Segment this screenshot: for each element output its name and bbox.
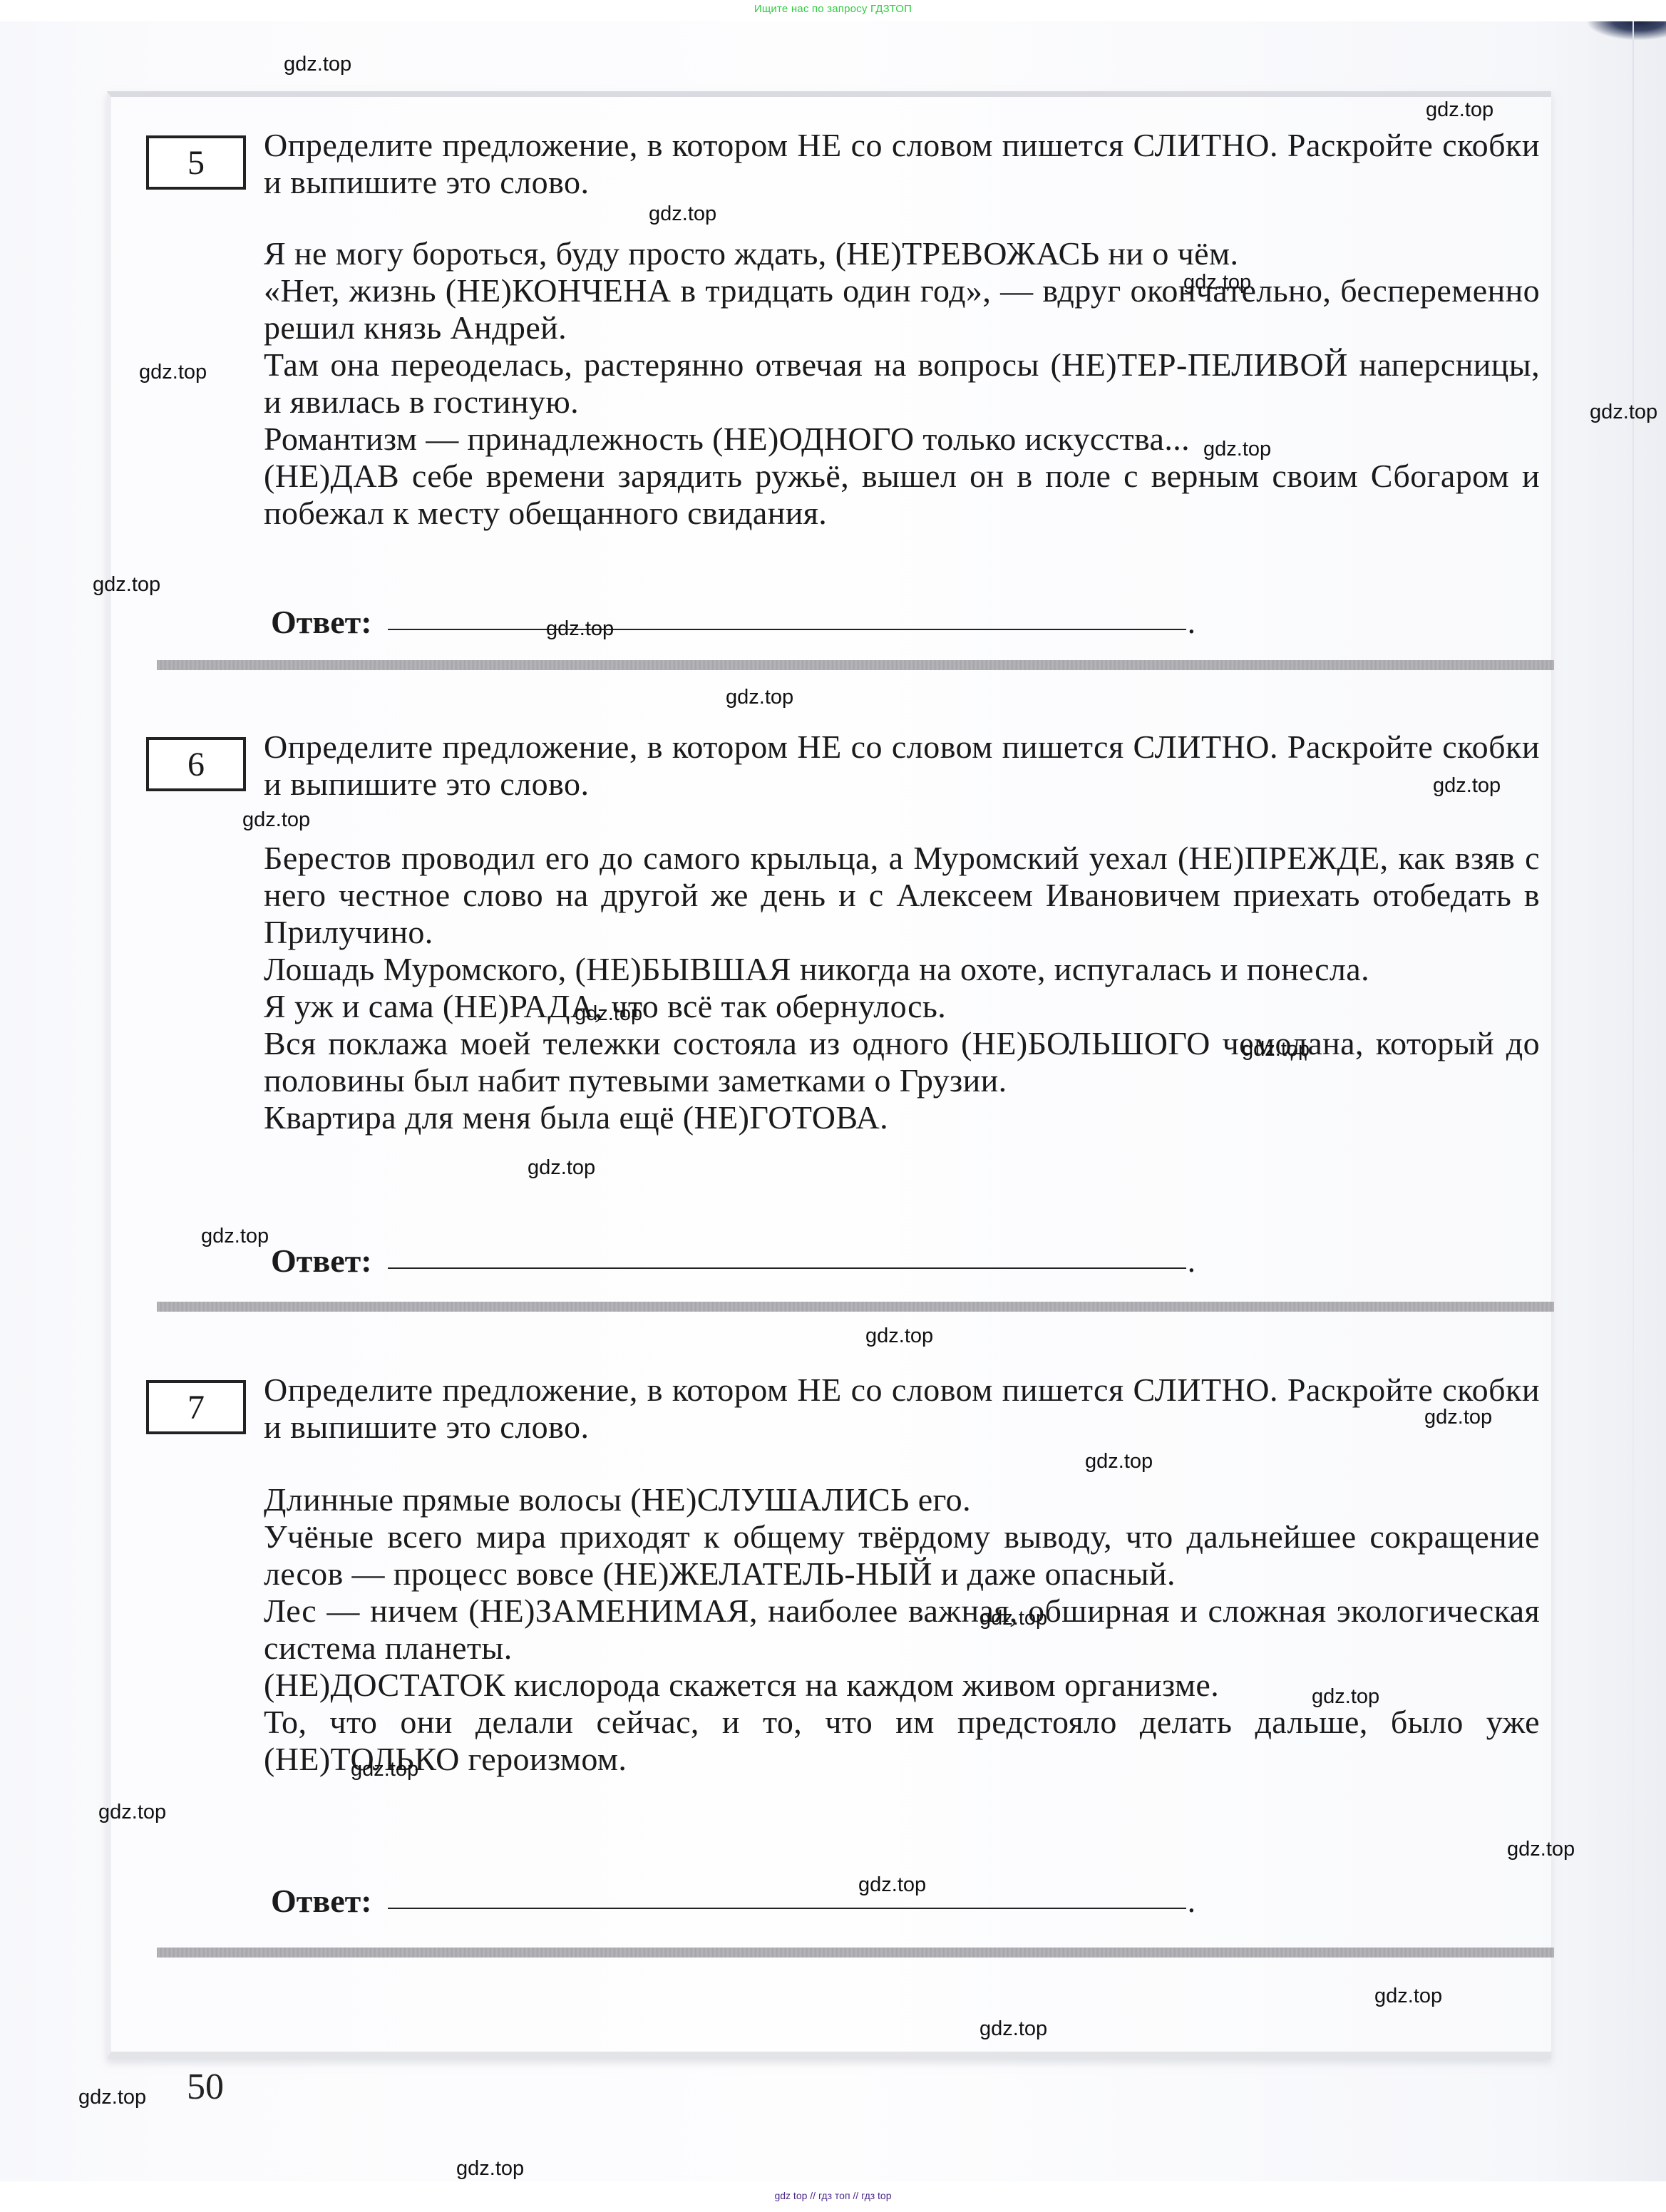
- watermark: gdz.top: [1242, 1038, 1310, 1061]
- task-number-box: 6: [146, 737, 246, 791]
- sentence-list: Я не могу бороться, буду просто ждать, (…: [264, 235, 1540, 532]
- watermark: gdz.top: [858, 1873, 926, 1897]
- sentence: То, что они делали сейчас, и то, что им …: [264, 1704, 1540, 1778]
- watermark: gdz.top: [1433, 774, 1501, 798]
- watermark: gdz.top: [1590, 401, 1657, 424]
- watermark: gdz.top: [1374, 1985, 1442, 2008]
- watermark: gdz.top: [139, 361, 207, 384]
- footer-links: gdz top // гдз топ // гдз top: [0, 2190, 1666, 2201]
- watermark: gdz.top: [242, 808, 310, 832]
- answer-row: Ответ: .: [271, 1242, 1195, 1280]
- sentence: Квартира для меня была ещё (НЕ)ГОТОВА.: [264, 1099, 1540, 1136]
- answer-period: .: [1188, 1882, 1196, 1920]
- section-divider: [157, 660, 1554, 670]
- watermark: gdz.top: [649, 202, 716, 226]
- answer-row: Ответ: .: [271, 603, 1195, 641]
- section-divider: [157, 1948, 1554, 1958]
- watermark: gdz.top: [201, 1225, 269, 1248]
- watermark: gdz.top: [98, 1801, 166, 1824]
- watermark: gdz.top: [979, 1607, 1047, 1630]
- watermark: gdz.top: [456, 2157, 524, 2181]
- sentence: Вся поклажа моей тележки состояла из одн…: [264, 1025, 1540, 1099]
- answer-label: Ответ:: [271, 603, 372, 641]
- watermark: gdz.top: [1426, 98, 1493, 122]
- watermark: gdz.top: [78, 2086, 146, 2109]
- watermark: gdz.top: [1183, 271, 1251, 294]
- sentence: Длинные прямые волосы (НЕ)СЛУШАЛИСЬ его.: [264, 1481, 1540, 1518]
- watermark: gdz.top: [865, 1324, 933, 1348]
- task-instruction: Определите предложение, в котором НЕ со …: [264, 1372, 1540, 1446]
- search-banner: Ищите нас по запросу ГДЗТОП: [0, 3, 1666, 15]
- watermark: gdz.top: [93, 573, 160, 597]
- section-divider: [157, 1302, 1554, 1312]
- watermark: gdz.top: [979, 2017, 1047, 2041]
- watermark: gdz.top: [726, 686, 793, 709]
- sentence: Я уж и сама (НЕ)РАДА, что всё так оберну…: [264, 988, 1540, 1025]
- watermark: gdz.top: [1085, 1450, 1153, 1473]
- task-instruction: Определите предложение, в котором НЕ со …: [264, 127, 1540, 201]
- answer-input-line[interactable]: [388, 1908, 1186, 1909]
- answer-label: Ответ:: [271, 1882, 372, 1920]
- watermark: gdz.top: [351, 1758, 418, 1781]
- watermark: gdz.top: [1424, 1406, 1492, 1429]
- sentence: Я не могу бороться, буду просто ждать, (…: [264, 235, 1540, 272]
- sentence: Берестов проводил его до самого крыльца,…: [264, 840, 1540, 951]
- sentence: Там она переоделась, растерянно отвечая …: [264, 346, 1540, 421]
- sentence-list: Берестов проводил его до самого крыльца,…: [264, 840, 1540, 1136]
- answer-row: Ответ: .: [271, 1882, 1195, 1920]
- answer-input-line[interactable]: [388, 1267, 1186, 1269]
- sentence: Романтизм — принадлежность (НЕ)ОДНОГО то…: [264, 421, 1540, 458]
- watermark: gdz.top: [546, 617, 614, 641]
- sentence: Лес — ничем (НЕ)ЗАМЕНИМАЯ, наиболее важн…: [264, 1593, 1540, 1667]
- sentence-list: Длинные прямые волосы (НЕ)СЛУШАЛИСЬ его.…: [264, 1481, 1540, 1778]
- sentence: «Нет, жизнь (НЕ)КОНЧЕНА в тридцать один …: [264, 272, 1540, 346]
- sentence: Учёные всего мира приходят к общему твёр…: [264, 1518, 1540, 1593]
- page-number: 50: [187, 2066, 224, 2108]
- task-instruction: Определите предложение, в котором НЕ со …: [264, 729, 1540, 803]
- watermark: gdz.top: [1507, 1838, 1575, 1861]
- task-number-box: 5: [146, 135, 246, 190]
- watermark: gdz.top: [1312, 1685, 1379, 1709]
- answer-period: .: [1188, 1242, 1196, 1280]
- watermark: gdz.top: [575, 1002, 642, 1026]
- page-fold-line: [1632, 21, 1634, 2181]
- task-number-box: 7: [146, 1380, 246, 1434]
- answer-period: .: [1188, 603, 1196, 641]
- watermark: gdz.top: [528, 1156, 595, 1180]
- watermark: gdz.top: [1203, 438, 1271, 461]
- sentence: (НЕ)ДАВ себе времени зарядить ружьё, выш…: [264, 458, 1540, 532]
- answer-label: Ответ:: [271, 1242, 372, 1280]
- answer-input-line[interactable]: [388, 629, 1186, 630]
- sentence: Лошадь Муромского, (НЕ)БЫВШАЯ никогда на…: [264, 951, 1540, 988]
- watermark: gdz.top: [284, 53, 351, 76]
- binding-shadow: [1588, 21, 1666, 40]
